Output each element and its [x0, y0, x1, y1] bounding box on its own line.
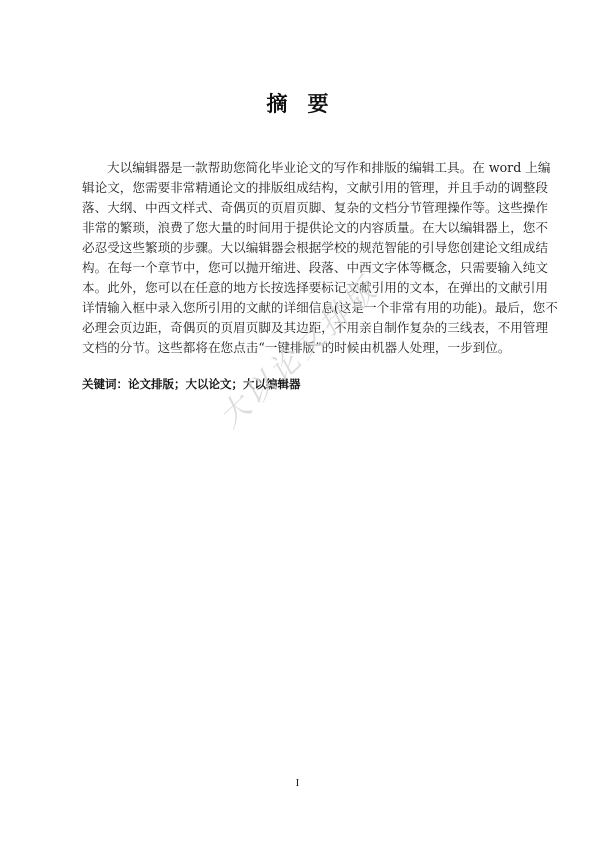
abstract-line: 文档的分节。这些都将在您点击“一键排版”的时候由机器人处理，一步到位。: [82, 338, 513, 358]
document-page: 摘要 大以编辑器是一款帮助您简化毕业论文的写作和排版的编辑工具。在 word 上…: [0, 0, 595, 842]
abstract-line: 非常的繁琐，浪费了您大量的时间用于提供论文的内容质量。在大以编辑器上，您不: [82, 218, 513, 238]
abstract-line: 本。此外，您可以在任意的地方长按选择要标记文献引用的文本，在弹出的文献引用: [82, 278, 513, 298]
abstract-line: 必忍受这些繁琐的步骤。大以编辑器会根据学校的规范智能的引导您创建论文组成结: [82, 238, 513, 258]
keywords: 关键词：论文排版；大以论文；大以编辑器: [82, 374, 301, 394]
abstract-line: 大以编辑器是一款帮助您简化毕业论文的写作和排版的编辑工具。在 word 上编: [82, 158, 513, 178]
abstract-line: 辑论文，您需要非常精通论文的排版组成结构，文献引用的管理，并且手动的调整段: [82, 178, 513, 198]
page-title: 摘要: [0, 88, 595, 118]
abstract-line: 构。在每一个章节中，您可以抛开缩进、段落、中西文字体等概念，只需要输入纯文: [82, 258, 513, 278]
abstract-body: 大以编辑器是一款帮助您简化毕业论文的写作和排版的编辑工具。在 word 上编 辑…: [82, 158, 513, 358]
abstract-line: 落、大纲、中西文样式、奇偶页的页眉页脚、复杂的文档分节管理操作等。这些操作: [82, 198, 513, 218]
page-number: I: [0, 777, 595, 789]
abstract-line: 详情输入框中录入您所引用的文献的详细信息(这是一个非常有用的功能)。最后，您不: [82, 298, 513, 318]
abstract-line: 必理会页边距，奇偶页的页眉页脚及其边距，不用亲自制作复杂的三线表，不用管理: [82, 318, 513, 338]
